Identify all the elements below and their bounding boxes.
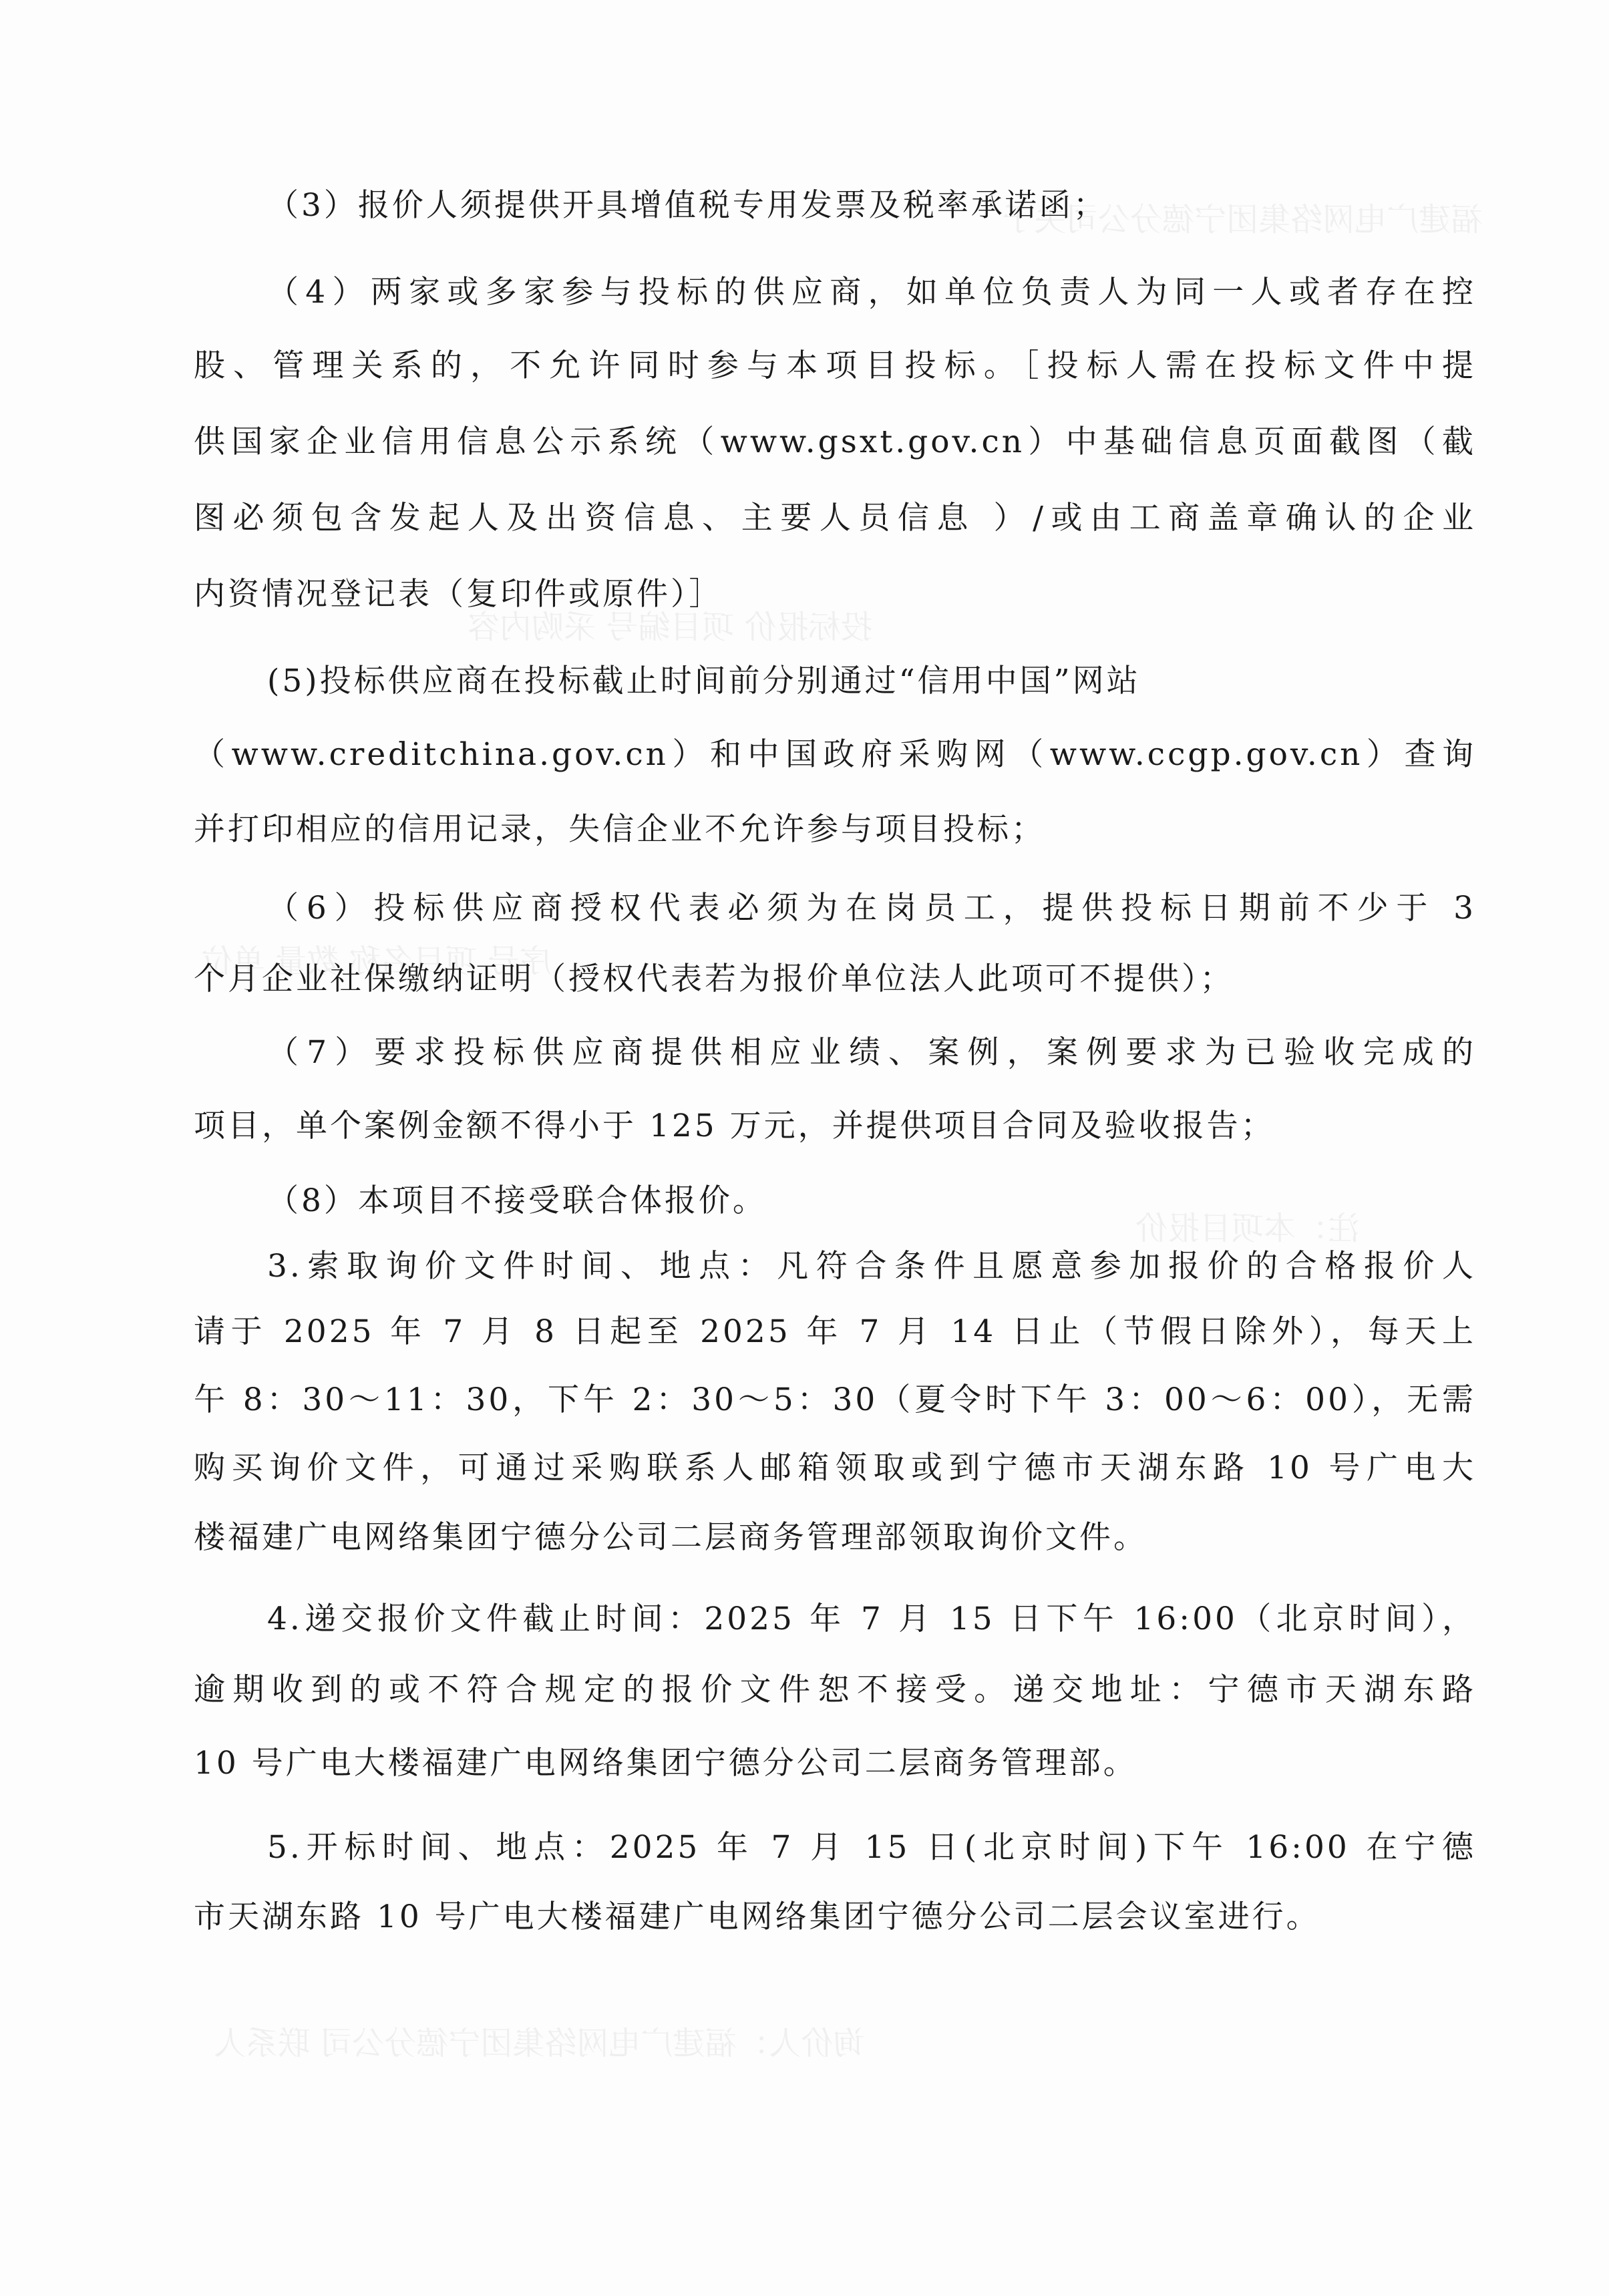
item-7-line-2: 项目，单个案例金额不得小于 125 万元，并提供项目合同及验收报告；	[194, 1106, 1476, 1146]
item-5-line-2: （www.creditchina.gov.cn）和中国政府采购网（www.ccg…	[194, 735, 1476, 775]
section-3-line-1: 3.索取询价文件时间、地点：凡符合条件且愿意参加报价的合格报价人	[267, 1247, 1476, 1287]
section-5-line-1: 5.开标时间、地点：2025 年 7 月 15 日(北京时间)下午 16:00 …	[267, 1828, 1476, 1868]
item-5-line-3: 并打印相应的信用记录，失信企业不允许参与项目投标；	[194, 810, 1476, 850]
item-5-line-1: (5)投标供应商在投标截止时间前分别通过“信用中国”网站	[267, 661, 1476, 701]
section-3-line-2: 请于 2025 年 7 月 8 日起至 2025 年 7 月 14 日止（节假日…	[194, 1312, 1476, 1352]
bleed-through-artifact: 询价人：福建广电网络集团宁德分公司 联系人	[214, 2017, 865, 2064]
item-4-line-2: 股、管理关系的，不允许同时参与本项目投标。［投标人需在投标文件中提	[194, 346, 1476, 386]
section-5-line-2: 市天湖东路 10 号广电大楼福建广电网络集团宁德分公司二层会议室进行。	[194, 1897, 1476, 1937]
item-6-line-2: 个月企业社保缴纳证明（授权代表若为报价单位法人此项可不提供）；	[194, 959, 1476, 999]
item-7-line-1: （7）要求投标供应商提供相应业绩、案例，案例要求为已验收完成的	[267, 1033, 1476, 1073]
item-4-line-1: （4）两家或多家参与投标的供应商，如单位负责人为同一人或者存在控	[267, 273, 1476, 313]
section-4-line-3: 10 号广电大楼福建广电网络集团宁德分公司二层商务管理部。	[194, 1744, 1476, 1784]
item-4-line-5: 内资情况登记表（复印件或原件）］	[194, 575, 1476, 615]
document-page: 福建广电网络集团宁德分公司关于 投标报价 项目编号 采购内容 序号 项目名称 数…	[0, 0, 1609, 2296]
item-4-line-4: 图必须包含发起人及出资信息、主要人员信息 ）/或由工商盖章确认的企业	[194, 498, 1476, 538]
section-3-line-4: 购买询价文件，可通过采购联系人邮箱领取或到宁德市天湖东路 10 号广电大	[194, 1448, 1476, 1488]
section-3-line-3: 午 8：30～11：30，下午 2：30～5：30（夏令时下午 3：00～6：0…	[194, 1380, 1476, 1420]
section-4-line-2: 逾期收到的或不符合规定的报价文件恕不接受。递交地址：宁德市天湖东路	[194, 1670, 1476, 1710]
item-4-line-3: 供国家企业信用信息公示系统（www.gsxt.gov.cn）中基础信息页面截图（…	[194, 422, 1476, 462]
item-6-line-1: （6）投标供应商授权代表必须为在岗员工，提供投标日期前不少于 3	[267, 888, 1476, 929]
item-3-line-1: （3）报价人须提供开具增值税专用发票及税率承诺函；	[267, 186, 1476, 226]
section-4-line-1: 4.递交报价文件截止时间：2025 年 7 月 15 日下午 16:00（北京时…	[267, 1599, 1476, 1639]
section-3-line-5: 楼福建广电网络集团宁德分公司二层商务管理部领取询价文件。	[194, 1518, 1476, 1558]
item-8-line-1: （8）本项目不接受联合体报价。	[267, 1181, 1476, 1221]
